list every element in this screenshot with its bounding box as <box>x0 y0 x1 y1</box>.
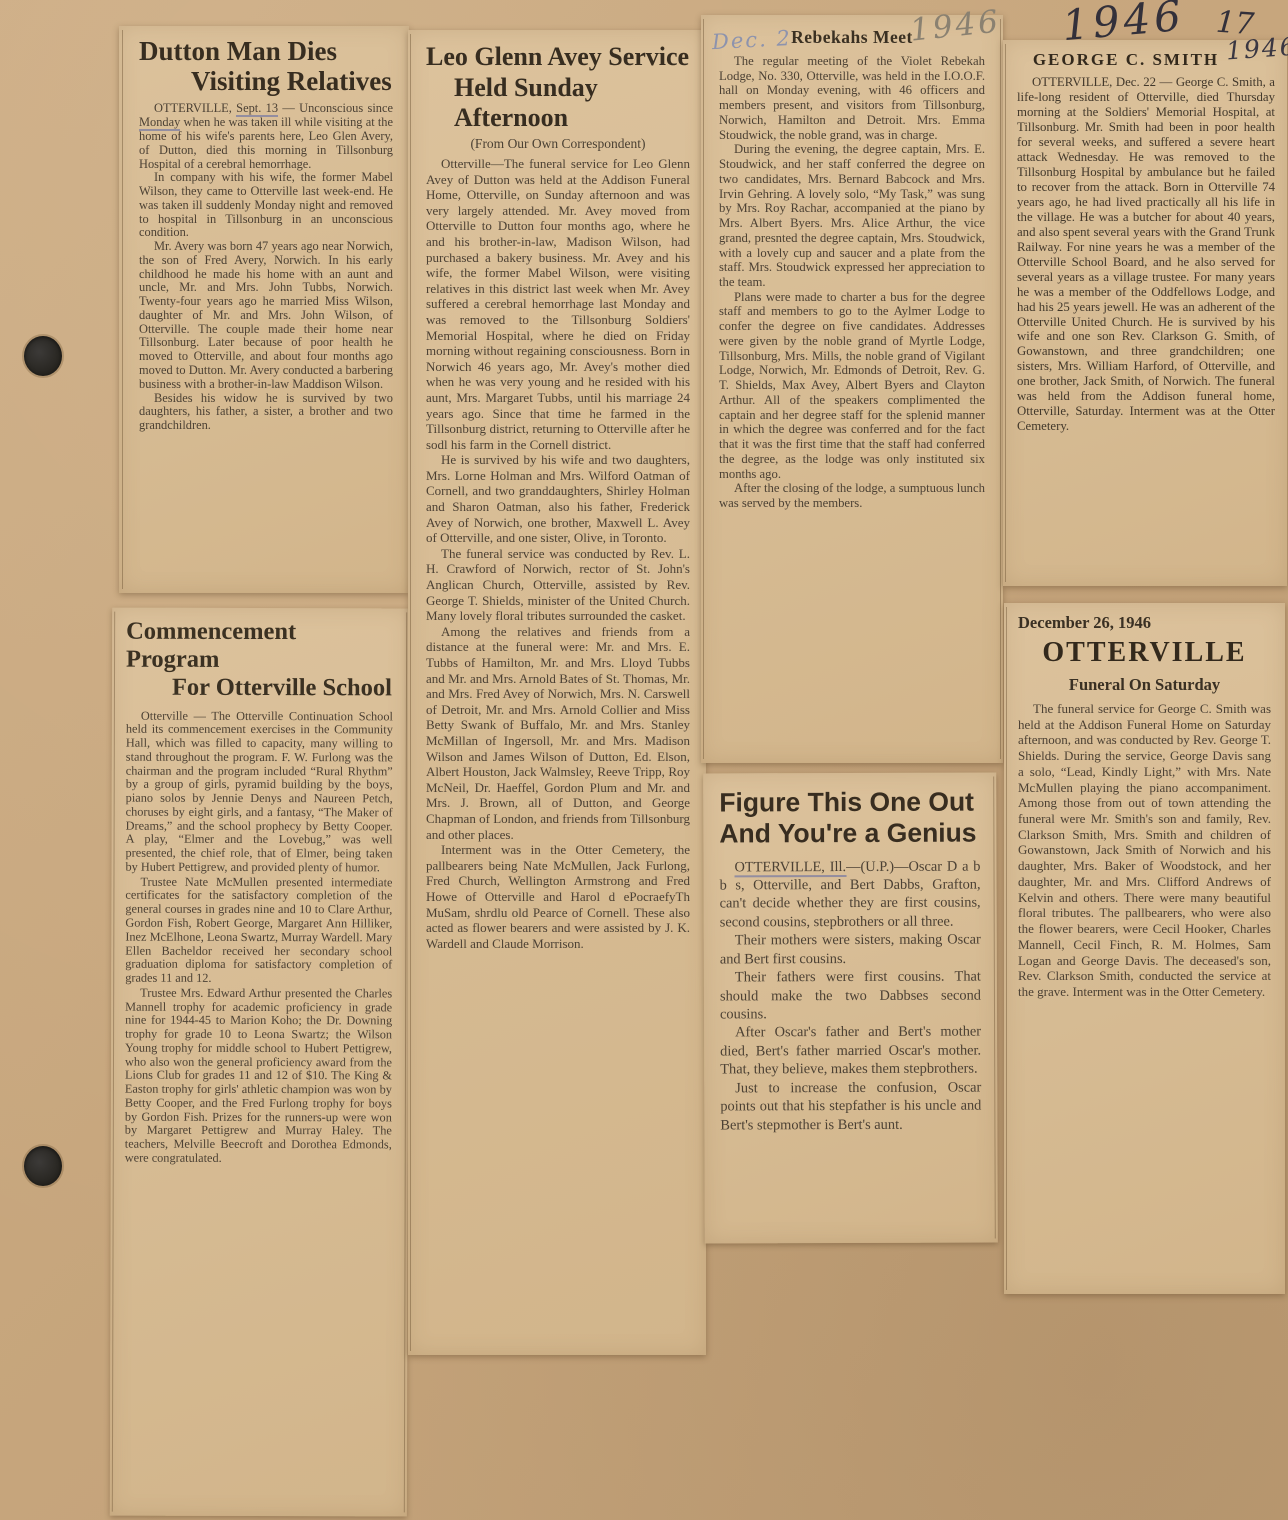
headline: Dutton Man Dies Visiting Relatives <box>139 36 393 96</box>
paragraph: Trustee Mrs. Edward Arthur presented the… <box>125 986 392 1166</box>
paragraph: Otterville—The funeral service for Leo G… <box>426 156 690 452</box>
dateline-city: OTTERVILLE, <box>154 101 232 115</box>
headline-line: Held Sunday Afternoon <box>454 73 690 134</box>
paragraph: Mr. Avery was born 47 years ago near Nor… <box>139 240 393 391</box>
date-line: December 26, 1946 <box>1018 613 1271 633</box>
article-rebekahs-meet: Rebekahs Meet The regular meeting of the… <box>701 15 1003 763</box>
paragraph: OTTERVILLE, Ill.—(U.P.)—Oscar D a b b s,… <box>719 857 980 932</box>
article-body: OTTERVILLE, Sept. 13 — Unconscious since… <box>139 102 393 432</box>
paragraph: Their mothers were sisters, making Oscar… <box>720 931 981 969</box>
correspondent-line: (From Our Own Correspondent) <box>426 136 690 152</box>
paragraph: Interment was in the Otter Cemetery, the… <box>426 842 690 951</box>
headline: Figure This One Out And You're a Genius <box>719 787 980 850</box>
article-dutton-man-dies: Dutton Man Dies Visiting Relatives OTTER… <box>119 26 409 593</box>
handwritten-date: Dec. 2 <box>711 26 792 54</box>
column-rule <box>1000 19 1001 759</box>
subheadline: Funeral On Saturday <box>1018 675 1271 695</box>
paragraph: In company with his wife, the former Mab… <box>139 171 393 240</box>
article-otterville-funeral: December 26, 1946 OTTERVILLE Funeral On … <box>1004 603 1285 1294</box>
headline: GEORGE C. SMITH <box>1017 50 1235 70</box>
article-body: OTTERVILLE, Dec. 22 — George C. Smith, a… <box>1017 75 1275 434</box>
underlined-dateline: OTTERVILLE, Ill. <box>734 859 846 877</box>
paragraph: He is survived by his wife and two daugh… <box>426 452 690 546</box>
punch-hole-icon <box>24 336 62 376</box>
paragraph: Among the relatives and friends from a d… <box>426 624 690 842</box>
headline-line: For Otterville School <box>172 674 393 703</box>
paragraph: The regular meeting of the Violet Rebeka… <box>719 54 985 142</box>
punch-hole-icon <box>24 1146 62 1186</box>
paragraph: Their fathers were first cousins. That s… <box>720 968 981 1024</box>
headline: OTTERVILLE <box>1018 637 1271 669</box>
article-body: Otterville—The funeral service for Leo G… <box>426 156 690 951</box>
headline-line: Dutton Man Dies <box>139 36 393 66</box>
paragraph: OTTERVILLE, Dec. 22 — George C. Smith, a… <box>1017 75 1275 434</box>
headline: Commencement Program For Otterville Scho… <box>126 618 393 703</box>
paragraph-text: — Unconscious since <box>282 101 393 115</box>
article-body: OTTERVILLE, Ill.—(U.P.)—Oscar D a b b s,… <box>719 857 981 1134</box>
paragraph: Plans were made to charter a bus for the… <box>719 290 985 482</box>
handwritten-year: 1946 <box>1225 32 1288 66</box>
article-body: Otterville — The Otterville Continuation… <box>125 709 393 1166</box>
paragraph: Just to increase the confusion, Oscar po… <box>720 1078 981 1134</box>
paragraph: During the evening, the degree captain, … <box>719 142 985 289</box>
column-rule <box>1006 607 1007 1290</box>
article-body: The regular meeting of the Violet Rebeka… <box>719 54 985 511</box>
headline-line: Commencement Program <box>126 618 393 675</box>
headline-line: And You're a Genius <box>719 818 980 850</box>
column-rule <box>1005 44 1006 582</box>
headline-line: Visiting Relatives <box>191 66 393 96</box>
paragraph: The funeral service for George C. Smith … <box>1018 701 1271 1000</box>
paragraph: After the closing of the lodge, a sumptu… <box>719 481 985 510</box>
headline-line: Leo Glenn Avey Service <box>426 42 690 73</box>
paragraph: After Oscar's father and Bert's mother d… <box>720 1023 981 1079</box>
article-george-c-smith: GEORGE C. SMITH OTTERVILLE, Dec. 22 — Ge… <box>1003 40 1287 586</box>
article-commencement-program: Commencement Program For Otterville Scho… <box>110 608 409 1517</box>
headline: Leo Glenn Avey Service Held Sunday After… <box>426 42 690 134</box>
paragraph: Besides his widow he is survived by two … <box>139 392 393 433</box>
scrapbook-page: 1946 17 Dutton Man Dies Visiting Relativ… <box>0 0 1288 1520</box>
paragraph: Otterville — The Otterville Continuation… <box>125 709 392 875</box>
article-avey-service: Leo Glenn Avey Service Held Sunday After… <box>408 30 706 1355</box>
paragraph: Trustee Nate McMullen presented intermed… <box>125 875 392 986</box>
column-rule <box>410 34 411 1351</box>
column-rule <box>703 19 704 759</box>
article-figure-this-one-out: Figure This One Out And You're a Genius … <box>703 772 998 1243</box>
column-rule <box>122 30 123 589</box>
headline-line: Figure This One Out <box>719 787 980 819</box>
article-body: The funeral service for George C. Smith … <box>1018 701 1271 1000</box>
paragraph: The funeral service was conducted by Rev… <box>426 546 690 624</box>
paragraph: OTTERVILLE, Sept. 13 — Unconscious since… <box>139 102 393 171</box>
